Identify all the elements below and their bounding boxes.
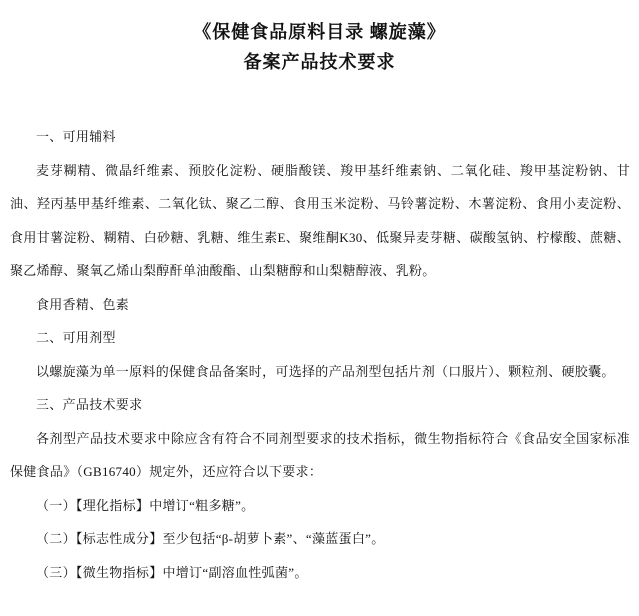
document-title-line-2: 备案产品技术要求 bbox=[0, 47, 639, 77]
paragraph-requirement-marker-components: （二）【标志性成分】至少包括“β-胡萝卜素”、“藻蓝蛋白”。 bbox=[10, 522, 630, 556]
document-body: 一、可用辅料 麦芽糊精、微晶纤维素、预胶化淀粉、硬脂酸镁、羧甲基纤维素钠、二氧化… bbox=[0, 120, 639, 589]
document-title: 《保健食品原料目录 螺旋藻》 备案产品技术要求 bbox=[0, 0, 639, 77]
document-title-line-1: 《保健食品原料目录 螺旋藻》 bbox=[0, 17, 639, 47]
section-heading-auxiliary-materials: 一、可用辅料 bbox=[10, 120, 630, 154]
document-page: 《保健食品原料目录 螺旋藻》 备案产品技术要求 一、可用辅料 麦芽糊精、微晶纤维… bbox=[0, 0, 639, 616]
section-heading-technical-requirements: 三、产品技术要求 bbox=[10, 388, 630, 422]
section-heading-dosage-forms: 二、可用剂型 bbox=[10, 321, 630, 355]
paragraph-dosage-forms: 以螺旋藻为单一原料的保健食品备案时，可选择的产品剂型包括片剂（口服片）、颗粒剂、… bbox=[10, 355, 630, 389]
paragraph-requirement-physicochemical: （一）【理化指标】中增订“粗多糖”。 bbox=[10, 489, 630, 523]
paragraph-requirement-microbiological: （三）【微生物指标】中增订“副溶血性弧菌”。 bbox=[10, 556, 630, 590]
paragraph-technical-requirements-intro: 各剂型产品技术要求中除应含有符合不同剂型要求的技术指标，微生物指标符合《食品安全… bbox=[10, 422, 630, 489]
paragraph-auxiliary-materials-list: 麦芽糊精、微晶纤维素、预胶化淀粉、硬脂酸镁、羧甲基纤维素钠、二氧化硅、羧甲基淀粉… bbox=[10, 154, 630, 288]
paragraph-flavor-colorant: 食用香精、色素 bbox=[10, 288, 630, 322]
